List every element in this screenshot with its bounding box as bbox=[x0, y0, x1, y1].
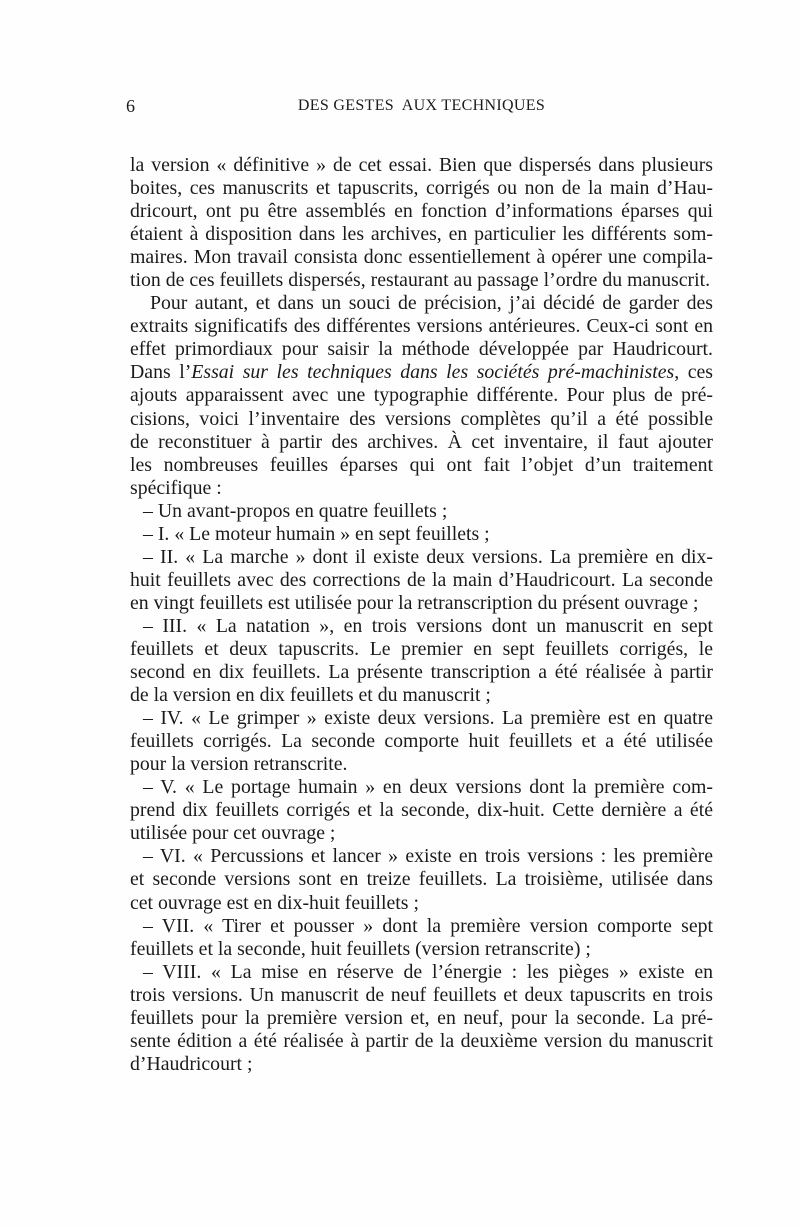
book-page: 6 DES GESTES AUX TECHNIQUES la version «… bbox=[0, 0, 800, 1227]
text-line: extraits significatifs des différentes v… bbox=[130, 315, 713, 338]
text-line: ajouts apparaissent avec une typographie… bbox=[130, 384, 713, 407]
text-line: feuillets corrigés. La seconde comporte … bbox=[130, 730, 713, 753]
text-line: feuillets et deux tapuscrits. Le premier… bbox=[130, 638, 713, 661]
text-line: feuillets et la seconde, huit feuillets … bbox=[130, 938, 713, 961]
text-line: – Un avant-propos en quatre feuillets ; bbox=[130, 500, 713, 523]
text-line: cisions, voici l’inventaire des versions… bbox=[130, 408, 713, 431]
text-line: Pour autant, et dans un souci de précisi… bbox=[130, 292, 713, 315]
text-line: effet primordiaux pour saisir la méthode… bbox=[130, 338, 713, 361]
list-item: – VII. « Tirer et pousser » dont la prem… bbox=[130, 915, 713, 961]
list-item: – III. « La natation », en trois version… bbox=[130, 615, 713, 707]
text-line: – VI. « Percussions et lancer » existe e… bbox=[130, 845, 713, 868]
text-line: prend dix feuillets corrigés et la secon… bbox=[130, 799, 713, 822]
text-line: d’Haudricourt ; bbox=[130, 1053, 713, 1076]
text-line: – IV. « Le grimper » existe deux version… bbox=[130, 707, 713, 730]
list-item: – II. « La marche » dont il existe deux … bbox=[130, 546, 713, 615]
text-line: second en dix feuillets. La présente tra… bbox=[130, 661, 713, 684]
list-item: – VI. « Percussions et lancer » existe e… bbox=[130, 845, 713, 914]
text-line: – II. « La marche » dont il existe deux … bbox=[130, 546, 713, 569]
paragraph: Pour autant, et dans un souci de précisi… bbox=[130, 292, 713, 499]
text-line: – VII. « Tirer et pousser » dont la prem… bbox=[130, 915, 713, 938]
text-line: en vingt feuillets est utilisée pour la … bbox=[130, 592, 713, 615]
text-line: huit feuillets avec des corrections de l… bbox=[130, 569, 713, 592]
list-item: – IV. « Le grimper » existe deux version… bbox=[130, 707, 713, 776]
page-body: la version « définitive » de cet essai. … bbox=[130, 154, 713, 1076]
text-line: spécifique : bbox=[130, 477, 713, 500]
text-line: – V. « Le portage humain » en deux versi… bbox=[130, 776, 713, 799]
text-line: de la version en dix feuillets et du man… bbox=[130, 684, 713, 707]
text-line: trois versions. Un manuscrit de neuf feu… bbox=[130, 984, 713, 1007]
text-line: étaient à disposition dans les archives,… bbox=[130, 223, 713, 246]
text-line: de reconstituer à partir des archives. À… bbox=[130, 431, 713, 454]
text-line: tion de ces feuillets dispersés, restaur… bbox=[130, 269, 713, 292]
text-line: les nombreuses feuilles éparses qui ont … bbox=[130, 454, 713, 477]
paragraph: la version « définitive » de cet essai. … bbox=[130, 154, 713, 292]
text-line: boites, ces manuscrits et tapuscrits, co… bbox=[130, 177, 713, 200]
page-number: 6 bbox=[126, 97, 135, 115]
text-line: utilisée pour cet ouvrage ; bbox=[130, 822, 713, 845]
text-line: Dans l’Essai sur les techniques dans les… bbox=[130, 361, 713, 384]
list-item: – VIII. « La mise en réserve de l’énergi… bbox=[130, 961, 713, 1076]
text-line: dricourt, ont pu être assemblés en fonct… bbox=[130, 200, 713, 223]
italic-book-title: Essai sur les techniques dans les sociét… bbox=[191, 361, 674, 383]
text-line: feuillets pour la première version et, e… bbox=[130, 1007, 713, 1030]
text-line: – III. « La natation », en trois version… bbox=[130, 615, 713, 638]
list-item: – V. « Le portage humain » en deux versi… bbox=[130, 776, 713, 845]
text-line: et seconde versions sont en treize feuil… bbox=[130, 868, 713, 891]
text-line: – VIII. « La mise en réserve de l’énergi… bbox=[130, 961, 713, 984]
list-item: – I. « Le moteur humain » en sept feuill… bbox=[130, 523, 713, 546]
running-title: DES GESTES AUX TECHNIQUES bbox=[130, 97, 713, 115]
text-line: cet ouvrage est en dix-huit feuillets ; bbox=[130, 892, 713, 915]
text-line: maires. Mon travail consista donc essent… bbox=[130, 246, 713, 269]
text-line: sente édition a été réalisée à partir de… bbox=[130, 1030, 713, 1053]
text-line: pour la version retranscrite. bbox=[130, 753, 713, 776]
list-item: – Un avant-propos en quatre feuillets ; bbox=[130, 500, 713, 523]
running-header: 6 DES GESTES AUX TECHNIQUES bbox=[130, 97, 713, 117]
text-line: la version « définitive » de cet essai. … bbox=[130, 154, 713, 177]
text-line: – I. « Le moteur humain » en sept feuill… bbox=[130, 523, 713, 546]
